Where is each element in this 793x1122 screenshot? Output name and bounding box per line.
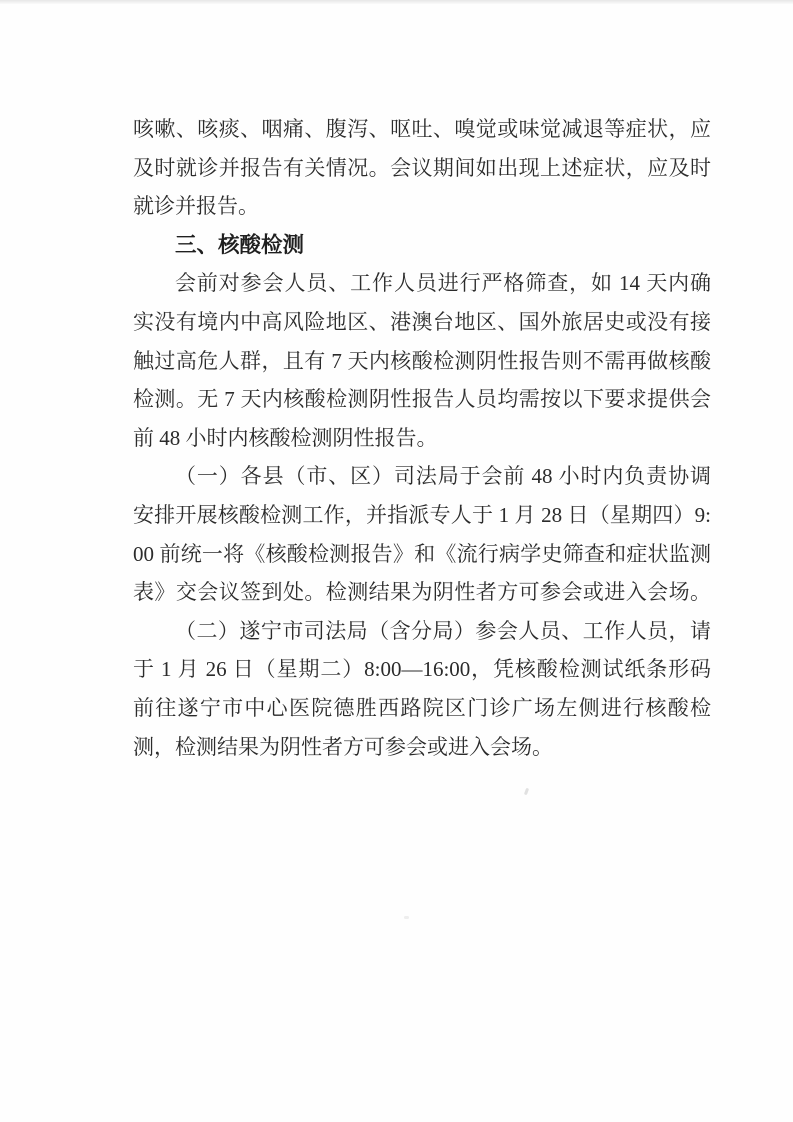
text-line: 前 48 小时内核酸检测阴性报告。 [133,419,711,458]
text-line: 会前对参会人员、工作人员进行严格筛查，如 14 天内确 [133,264,711,303]
text-line: 安排开展核酸检测工作，并指派专人于 1 月 28 日（星期四）9: [133,496,711,535]
text-line: 咳嗽、咳痰、咽痛、腹泻、呕吐、嗅觉或味觉减退等症状，应 [133,110,711,149]
text-line: 检测。无 7 天内核酸检测阴性报告人员均需按以下要求提供会 [133,380,711,419]
text-line: （一）各县（市、区）司法局于会前 48 小时内负责协调 [133,457,711,496]
scan-top-edge [0,0,793,4]
section-heading: 三、核酸检测 [133,226,711,265]
text-line: 于 1 月 26 日（星期二）8:00—16:00，凭核酸检测试纸条形码 [133,650,711,689]
text-line: 测，检测结果为阴性者方可参会或进入会场。 [133,728,711,767]
text-line: 触过高危人群，且有 7 天内核酸检测阴性报告则不需再做核酸 [133,342,711,381]
document-page: 咳嗽、咳痰、咽痛、腹泻、呕吐、嗅觉或味觉减退等症状，应 及时就诊并报告有关情况。… [0,0,793,1122]
text-line: 就诊并报告。 [133,187,711,226]
text-line: 及时就诊并报告有关情况。会议期间如出现上述症状，应及时 [133,149,711,188]
text-line: 00 前统一将《核酸检测报告》和《流行病学史筛查和症状监测 [133,535,711,574]
text-line: 表》交会议签到处。检测结果为阴性者方可参会或进入会场。 [133,573,711,612]
text-line: （二）遂宁市司法局（含分局）参会人员、工作人员，请 [133,612,711,651]
scan-speck [404,916,409,919]
scan-speck [524,788,529,796]
text-line: 前往遂宁市中心医院德胜西路院区门诊广场左侧进行核酸检 [133,689,711,728]
text-block: 咳嗽、咳痰、咽痛、腹泻、呕吐、嗅觉或味觉减退等症状，应 及时就诊并报告有关情况。… [133,110,711,766]
text-line: 实没有境内中高风险地区、港澳台地区、国外旅居史或没有接 [133,303,711,342]
